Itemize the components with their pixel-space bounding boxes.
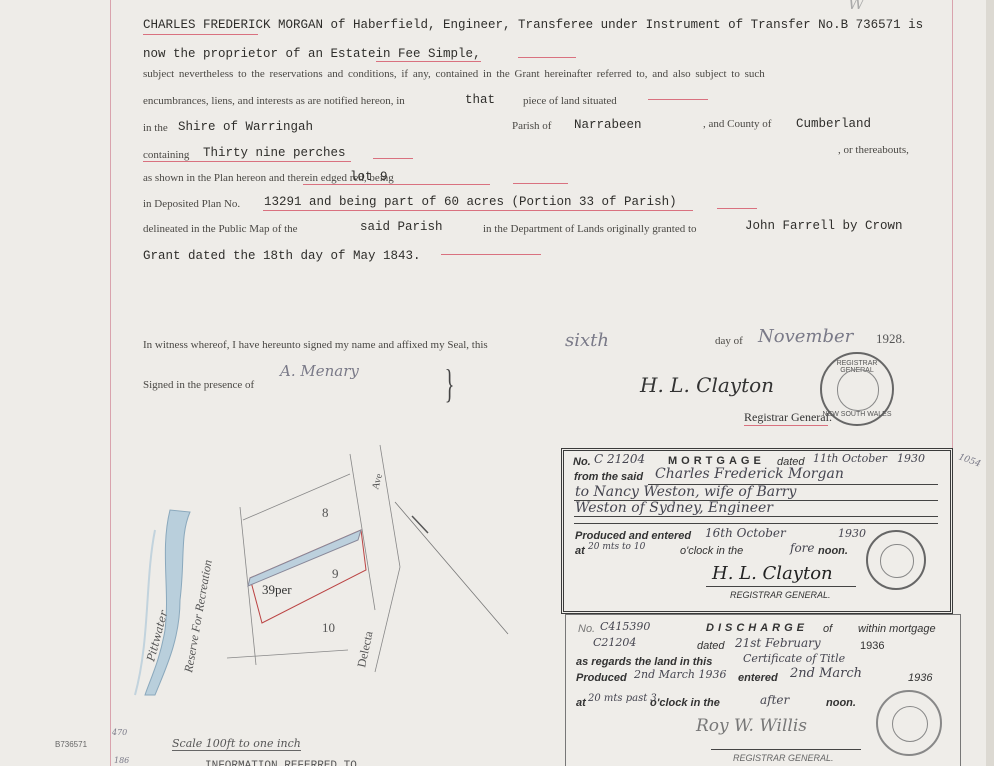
discharge-time: 20 mts past 3	[588, 693, 657, 704]
mortgage-time: 20 mts to 10	[588, 542, 645, 552]
certificate-page: W CHARLES FREDERICK MORGAN of Haberfield…	[0, 0, 986, 766]
discharge-entered-year: 1936	[908, 672, 932, 684]
witness-day: sixth	[565, 330, 609, 351]
registrar-signature: H. L. Clayton	[640, 373, 774, 397]
estate-line: now the proprietor of an Estatein Fee Si…	[143, 47, 481, 61]
containing-label: containing	[143, 149, 189, 161]
discharge-of-label: of	[823, 623, 832, 635]
witness-text: In witness whereof, I have hereunto sign…	[143, 339, 488, 351]
footer-partial-text: INFORMATION REFERRED TO	[205, 760, 357, 766]
witness-year: 1928.	[876, 331, 905, 347]
margin-note: 186	[114, 756, 129, 765]
reserve-label: Reserve For Recreation	[181, 559, 215, 675]
discharge-noon-part: after	[760, 693, 789, 707]
red-dash	[373, 158, 413, 159]
reference-number: B736571	[55, 740, 87, 749]
grant-date: Grant dated the 18th day of May 1843.	[143, 249, 421, 263]
discharge-date: 21st February	[735, 636, 821, 650]
mortgage-date: 11th October	[813, 452, 887, 465]
street-suffix-label: Ave	[370, 472, 385, 491]
discharge-at-label: at	[576, 697, 586, 709]
mortgage-year: 1930	[897, 452, 925, 465]
signature-line	[706, 586, 856, 587]
registrar-label: Registrar General.	[744, 410, 832, 425]
mortgage-noon-label: noon.	[818, 545, 848, 557]
mortgage-margin-note: 1054	[957, 452, 982, 469]
signed-presence-text: Signed in the presence of	[143, 379, 254, 391]
street-label: Delecta	[354, 629, 375, 668]
mortgage-produced-date: 16th October	[705, 526, 786, 540]
discharge-registrar-label: REGISTRAR GENERAL.	[733, 753, 834, 763]
mortgage-seal	[866, 530, 926, 590]
grantee-value: John Farrell by Crown	[745, 219, 903, 233]
proprietor-text: CHARLES FREDERICK MORGAN of Haberfield, …	[143, 18, 923, 32]
page-edge	[986, 0, 994, 766]
seal-bottom-text: NEW SOUTH WALES	[822, 411, 892, 418]
shire-value: Shire of Warringah	[178, 120, 313, 134]
subject-line: subject nevertheless to the reservations…	[143, 68, 765, 80]
red-dash	[717, 208, 757, 209]
mortgage-mortgagor: Charles Frederick Morgan	[655, 466, 844, 482]
discharge-entered-label: entered	[738, 672, 778, 684]
mortgage-from-label: from the said	[574, 471, 643, 483]
mortgage-produced-year: 1930	[838, 527, 866, 540]
witness-signature: A. Menary	[280, 362, 359, 380]
proprietor-line: CHARLES FREDERICK MORGAN of Haberfield, …	[143, 18, 923, 32]
that-value: that	[465, 93, 495, 107]
parish-label: Parish of	[512, 120, 551, 132]
scale-note: Scale 100ft to one inch	[172, 737, 301, 751]
mortgage-at-label: at	[575, 545, 585, 557]
discharge-clock-label: o'clock in the	[650, 697, 720, 709]
red-dash	[441, 254, 541, 255]
deposited-plan-label: in Deposited Plan No.	[143, 198, 240, 210]
area-value: Thirty nine perches	[203, 146, 346, 160]
area-label: 39per	[262, 582, 292, 597]
red-underline	[744, 425, 828, 426]
red-dash	[513, 183, 568, 184]
red-dash	[648, 99, 708, 100]
mortgage-number: C 21204	[594, 452, 645, 466]
discharge-number: C415390	[600, 620, 650, 633]
red-underline	[263, 210, 693, 211]
county-value: Cumberland	[796, 117, 871, 131]
discharge-produced-label: Produced	[576, 672, 627, 684]
rule	[574, 516, 938, 517]
estate-text: now the proprietor of an Estate	[143, 47, 376, 61]
red-underline	[143, 34, 258, 35]
day-of-label: day of	[715, 335, 743, 347]
corner-mark: W	[848, 0, 864, 13]
discharge-signature: Roy W. Willis	[696, 716, 807, 736]
margin-note: 470	[112, 728, 127, 737]
discharge-dated-label: dated	[697, 640, 725, 652]
public-map-text: delineated in the Public Map of the	[143, 223, 298, 235]
lot-8-label: 8	[322, 505, 329, 520]
discharge-within-label: within mortgage	[858, 623, 936, 635]
public-map-value: said Parish	[360, 220, 443, 234]
witness-month: November	[758, 326, 853, 347]
crest-icon	[892, 706, 929, 743]
mortgage-no-label: No.	[573, 456, 591, 468]
discharge-noon-label: noon.	[826, 697, 856, 709]
discharge-title: DISCHARGE	[706, 622, 808, 634]
lot-plan-diagram: 8 9 10 39per Reserve For Recreation Pitt…	[110, 440, 510, 700]
discharge-regards-label: as regards the land in this	[576, 656, 712, 668]
lot-10-label: 10	[322, 620, 335, 635]
mortgage-mortgagee-cont: Weston of Sydney, Engineer	[575, 500, 773, 516]
discharge-seal	[876, 690, 942, 756]
rule	[574, 523, 938, 524]
mortgage-signature: H. L. Clayton	[712, 563, 833, 584]
thereabouts-text: , or thereabouts,	[838, 144, 909, 156]
deposited-plan-value: 13291 and being part of 60 acres (Portio…	[264, 195, 677, 209]
discharge-no-label: No.	[578, 623, 595, 635]
discharge-regards-value: Certificate of Title	[743, 652, 845, 665]
mortgage-clock-label: o'clock in the	[680, 545, 743, 557]
county-label: , and County of	[703, 118, 771, 130]
parish-value: Narrabeen	[574, 118, 642, 132]
granted-text: in the Department of Lands originally gr…	[483, 223, 697, 235]
crest-icon	[880, 544, 913, 577]
crest-icon	[837, 369, 878, 410]
red-underline	[143, 161, 351, 162]
red-dash	[518, 57, 576, 58]
situated-text: piece of land situated	[523, 95, 617, 107]
estate-type: in Fee Simple,	[376, 47, 481, 62]
mortgage-registrar-label: REGISTRAR GENERAL.	[730, 590, 831, 600]
mortgage-mortgagee: to Nancy Weston, wife of Barry	[575, 484, 796, 500]
discharge-year: 1936	[860, 640, 884, 652]
in-the-text: in the	[143, 122, 168, 134]
lot-9-label: 9	[332, 566, 339, 581]
discharge-produced-date: 2nd March 1936	[634, 668, 726, 681]
discharge-mortgage-ref: C21204	[593, 636, 636, 649]
red-underline	[303, 184, 490, 185]
registrar-seal: REGISTRAR GENERAL NEW SOUTH WALES	[820, 352, 894, 426]
discharge-entered-date: 2nd March	[790, 666, 862, 681]
encumbrances-text: encumbrances, liens, and interests as ar…	[143, 95, 405, 107]
signature-line	[711, 749, 861, 750]
brace-glyph: }	[445, 360, 455, 407]
mortgage-produced-label: Produced and entered	[575, 530, 691, 542]
mortgage-noon-part: fore	[790, 541, 815, 555]
lot-value: lot 9	[350, 170, 388, 184]
